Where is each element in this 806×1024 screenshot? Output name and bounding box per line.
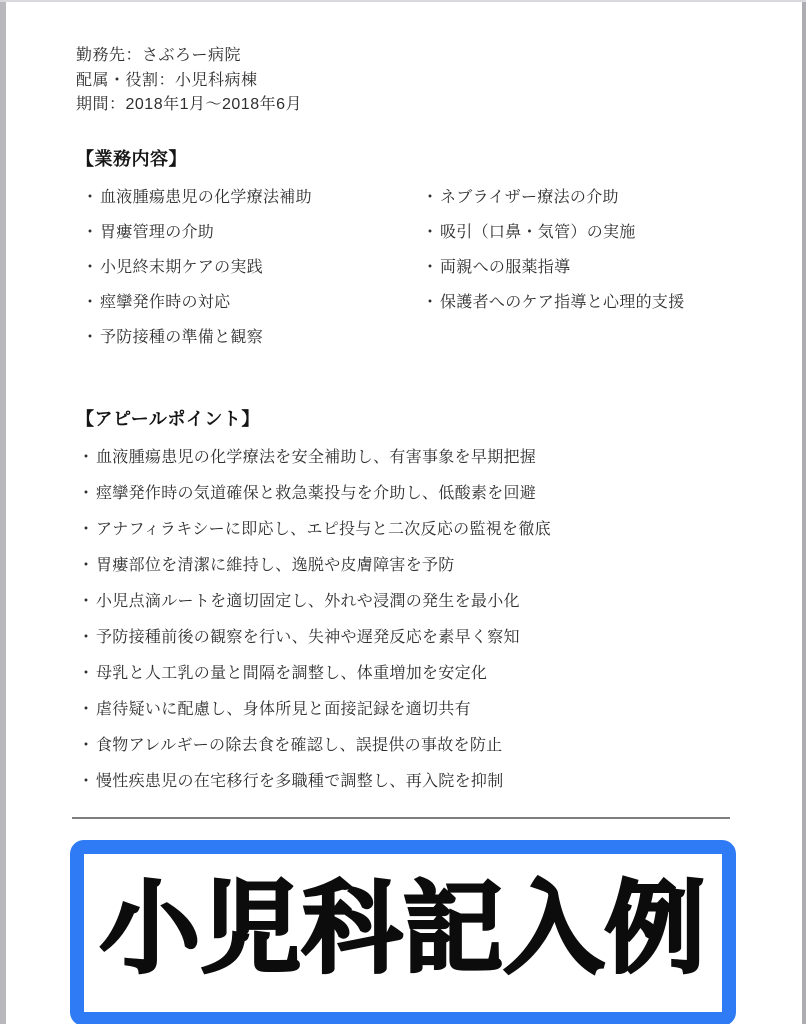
appeal-item: ・ 慢性疾患児の在宅移行を多職種で調整し、再入院を抑制 bbox=[78, 772, 760, 791]
workplace-line: 勤務先：さぶろー病院 bbox=[76, 44, 760, 69]
appeal-list: ・ 血液腫瘍患児の化学療法を安全補助し、有害事象を早期把握 ・ 痙攣発作時の気道… bbox=[76, 448, 760, 791]
duty-item-text: 保護者へのケア指導と心理的支援 bbox=[440, 293, 685, 312]
duties-list-right: ・ ネブライザー療法の介助 ・ 吸引（口鼻・気管）の実施 ・ 両親への服薬指導 … bbox=[422, 188, 760, 363]
appeal-item-text: 胃瘻部位を清潔に維持し、逸脱や皮膚障害を予防 bbox=[96, 556, 455, 575]
appeal-item: ・ 母乳と人工乳の量と間隔を調整し、体重増加を安定化 bbox=[78, 664, 760, 683]
bullet-icon: ・ bbox=[78, 628, 96, 647]
appeal-heading: 【アピールポイント】 bbox=[76, 405, 760, 431]
duty-item: ・ ネブライザー療法の介助 bbox=[422, 188, 760, 207]
duty-item: ・ 予防接種の準備と観察 bbox=[82, 328, 422, 347]
profile-block: 勤務先：さぶろー病院 配属・役割：小児科病棟 期間：2018年1月〜2018年6… bbox=[76, 44, 760, 118]
assignment-line: 配属・役割：小児科病棟 bbox=[76, 69, 760, 94]
appeal-item: ・ 小児点滴ルートを適切固定し、外れや浸潤の発生を最小化 bbox=[78, 592, 760, 611]
bullet-icon: ・ bbox=[422, 188, 440, 207]
bullet-icon: ・ bbox=[82, 258, 100, 277]
duty-item: ・ 痙攣発作時の対応 bbox=[82, 293, 422, 312]
duties-columns: ・ 血液腫瘍患児の化学療法補助 ・ 胃瘻管理の介助 ・ 小児終末期ケアの実践 ・… bbox=[76, 171, 760, 363]
bullet-icon: ・ bbox=[78, 520, 96, 539]
bullet-icon: ・ bbox=[78, 592, 96, 611]
appeal-item-text: 母乳と人工乳の量と間隔を調整し、体重増加を安定化 bbox=[96, 664, 487, 683]
bullet-icon: ・ bbox=[78, 664, 96, 683]
duty-item: ・ 胃瘻管理の介助 bbox=[82, 223, 422, 242]
banner-label: 小児科記入例 bbox=[100, 879, 706, 979]
bullet-icon: ・ bbox=[78, 556, 96, 575]
duties-list-left: ・ 血液腫瘍患児の化学療法補助 ・ 胃瘻管理の介助 ・ 小児終末期ケアの実践 ・… bbox=[76, 188, 422, 363]
duty-item-text: 吸引（口鼻・気管）の実施 bbox=[440, 223, 636, 242]
document-page: { "bullet_char": "・", "profile": { "line… bbox=[0, 0, 806, 1024]
bullet-icon: ・ bbox=[82, 328, 100, 347]
duty-item: ・ 保護者へのケア指導と心理的支援 bbox=[422, 293, 760, 312]
duties-heading: 【業務内容】 bbox=[76, 145, 760, 171]
appeal-item-text: 慢性疾患児の在宅移行を多職種で調整し、再入院を抑制 bbox=[96, 772, 504, 791]
appeal-item-text: 痙攣発作時の気道確保と救急薬投与を介助し、低酸素を回避 bbox=[96, 484, 536, 503]
bullet-icon: ・ bbox=[422, 293, 440, 312]
period-line: 期間：2018年1月〜2018年6月 bbox=[76, 93, 760, 118]
page-edge-top bbox=[0, 0, 806, 2]
appeal-item-text: 食物アレルギーの除去食を確認し、誤提供の事故を防止 bbox=[96, 736, 502, 755]
appeal-item-text: 虐待疑いに配慮し、身体所見と面接記録を適切共有 bbox=[96, 700, 471, 719]
appeal-item-text: 血液腫瘍患児の化学療法を安全補助し、有害事象を早期把握 bbox=[96, 448, 536, 467]
duty-item: ・ 小児終末期ケアの実践 bbox=[82, 258, 422, 277]
duty-item-text: 予防接種の準備と観察 bbox=[100, 328, 263, 347]
bullet-icon: ・ bbox=[78, 484, 96, 503]
bullet-icon: ・ bbox=[82, 188, 100, 207]
duty-item-text: 痙攣発作時の対応 bbox=[100, 293, 230, 312]
document-content: 勤務先：さぶろー病院 配属・役割：小児科病棟 期間：2018年1月〜2018年6… bbox=[76, 44, 760, 1024]
appeal-item-text: アナフィラキシーに即応し、エピ投与と二次反応の監視を徹底 bbox=[96, 520, 551, 539]
appeal-item-text: 小児点滴ルートを適切固定し、外れや浸潤の発生を最小化 bbox=[96, 592, 520, 611]
appeal-item: ・ アナフィラキシーに即応し、エピ投与と二次反応の監視を徹底 bbox=[78, 520, 760, 539]
duty-item-text: 胃瘻管理の介助 bbox=[100, 223, 214, 242]
appeal-item-text: 予防接種前後の観察を行い、失神や遅発反応を素早く察知 bbox=[96, 628, 520, 647]
duty-item-text: 血液腫瘍患児の化学療法補助 bbox=[100, 188, 312, 207]
appeal-item: ・ 虐待疑いに配慮し、身体所見と面接記録を適切共有 bbox=[78, 700, 760, 719]
appeal-item: ・ 痙攣発作時の気道確保と救急薬投与を介助し、低酸素を回避 bbox=[78, 484, 760, 503]
bullet-icon: ・ bbox=[78, 772, 96, 791]
banner: 小児科記入例 bbox=[70, 840, 736, 1024]
duty-item-text: 両親への服薬指導 bbox=[440, 258, 570, 277]
bullet-icon: ・ bbox=[82, 223, 100, 242]
bullet-icon: ・ bbox=[422, 258, 440, 277]
page-edge-left bbox=[0, 0, 6, 1024]
page-edge-right bbox=[802, 0, 806, 1024]
bullet-icon: ・ bbox=[78, 736, 96, 755]
divider bbox=[72, 817, 730, 819]
appeal-item: ・ 胃瘻部位を清潔に維持し、逸脱や皮膚障害を予防 bbox=[78, 556, 760, 575]
duty-item-text: 小児終末期ケアの実践 bbox=[100, 258, 263, 277]
bullet-icon: ・ bbox=[78, 448, 96, 467]
bullet-icon: ・ bbox=[422, 223, 440, 242]
appeal-item: ・ 食物アレルギーの除去食を確認し、誤提供の事故を防止 bbox=[78, 736, 760, 755]
duty-item-text: ネブライザー療法の介助 bbox=[440, 188, 619, 207]
bullet-icon: ・ bbox=[82, 293, 100, 312]
duty-item: ・ 血液腫瘍患児の化学療法補助 bbox=[82, 188, 422, 207]
bullet-icon: ・ bbox=[78, 700, 96, 719]
duty-item: ・ 吸引（口鼻・気管）の実施 bbox=[422, 223, 760, 242]
appeal-item: ・ 予防接種前後の観察を行い、失神や遅発反応を素早く察知 bbox=[78, 628, 760, 647]
appeal-item: ・ 血液腫瘍患児の化学療法を安全補助し、有害事象を早期把握 bbox=[78, 448, 760, 467]
duty-item: ・ 両親への服薬指導 bbox=[422, 258, 760, 277]
